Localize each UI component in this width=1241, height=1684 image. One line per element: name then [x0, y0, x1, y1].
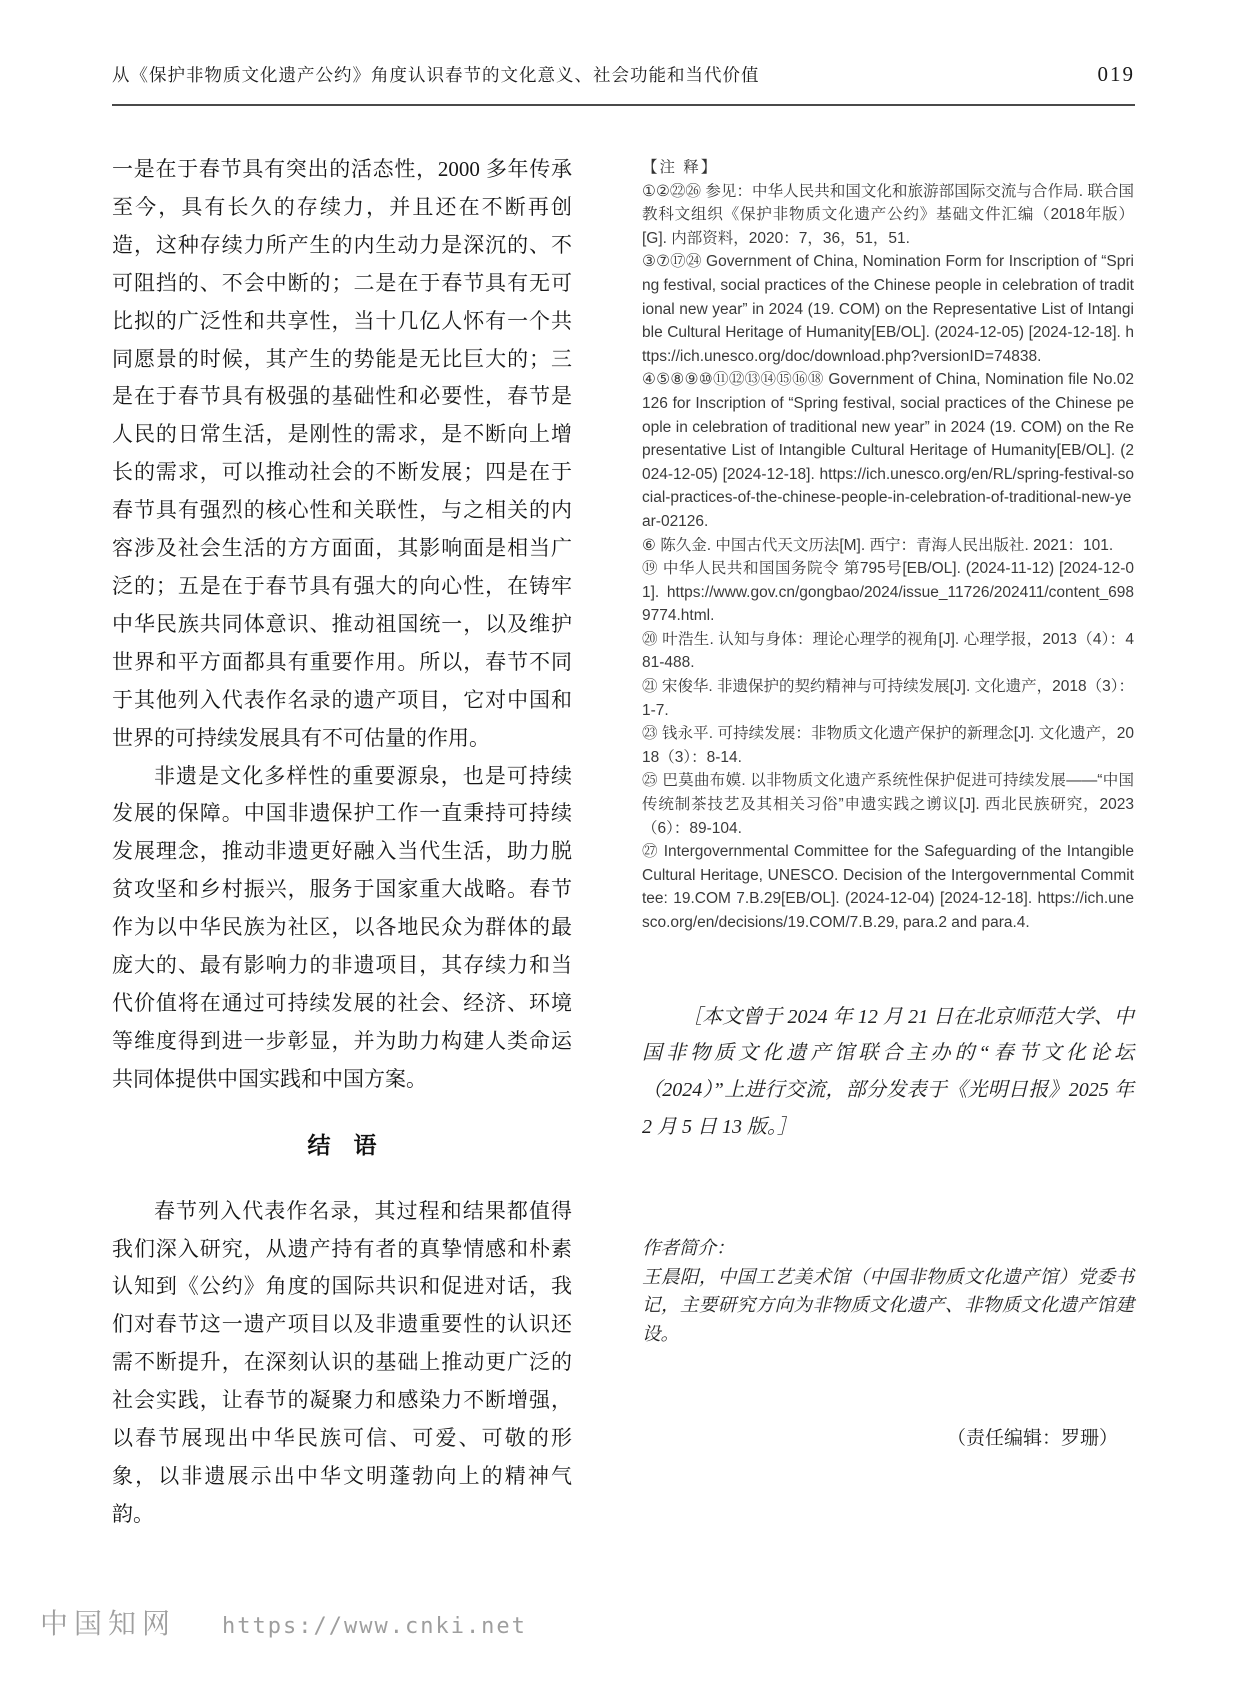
running-title: 从《保护非物质文化遗产公约》角度认识春节的文化意义、社会功能和当代价值 [112, 62, 760, 87]
body-paragraph: 春节列入代表作名录，其过程和结果都值得我们深入研究，从遗产持有者的真挚情感和朴素… [112, 1193, 572, 1534]
conference-presentation-note: ［本文曾于 2024 年 12 月 21 日在北京师范大学、中国非物质文化遗产馆… [642, 999, 1134, 1146]
note-item: ①②㉒㉖ 参见：中华人民共和国文化和旅游部国际交流与合作局. 联合国教科文组织《… [642, 180, 1134, 251]
right-column: 【注 释】 ①②㉒㉖ 参见：中华人民共和国文化和旅游部国际交流与合作局. 联合国… [642, 156, 1134, 1450]
author-bio-text: 王晨阳，中国工艺美术馆（中国非物质文化遗产馆）党委书记，主要研究方向为非物质文化… [642, 1268, 1134, 1345]
note-item: ㉕ 巴莫曲布嫫. 以非物质文化遗产系统性保护促进可持续发展——“中国传统制茶技艺… [642, 769, 1134, 840]
body-paragraph: 非遗是文化多样性的重要源泉，也是可持续发展的保障。中国非遗保护工作一直秉持可持续… [112, 758, 572, 1099]
notes-heading: 【注 释】 [642, 156, 1134, 180]
author-bio-label: 作者简介： [642, 1235, 1134, 1264]
note-item: ⑥ 陈久金. 中国古代天文历法[M]. 西宁：青海人民出版社. 2021：101… [642, 534, 1134, 558]
note-item: ㉑ 宋俊华. 非遗保护的契约精神与可持续发展[J]. 文化遗产，2018（3）：… [642, 675, 1134, 722]
responsible-editor-note: （责任编辑：罗珊） [642, 1423, 1134, 1450]
note-item: ㉗ Intergovernmental Committee for the Sa… [642, 840, 1134, 934]
note-item: ⑲ 中华人民共和国国务院令 第795号[EB/OL]. (2024-11-12)… [642, 557, 1134, 628]
cnki-watermark: 中国知网 https://www.cnki.net [40, 1602, 527, 1642]
journal-page: 从《保护非物质文化遗产公约》角度认识春节的文化意义、社会功能和当代价值 019 … [0, 0, 1241, 1684]
notes-section: 【注 释】 ①②㉒㉖ 参见：中华人民共和国文化和旅游部国际交流与合作局. 联合国… [642, 156, 1134, 935]
note-item: ㉓ 钱永平. 可持续发展：非物质文化遗产保护的新理念[J]. 文化遗产，2018… [642, 722, 1134, 769]
note-item: ③⑦⑰㉔ Government of China, Nomination For… [642, 250, 1134, 368]
header-divider [112, 104, 1135, 106]
body-paragraph: 一是在于春节具有突出的活态性，2000 多年传承至今，具有长久的存续力，并且还在… [112, 151, 572, 758]
left-column: 一是在于春节具有突出的活态性，2000 多年传承至今，具有长久的存续力，并且还在… [112, 151, 572, 1534]
page-header: 从《保护非物质文化遗产公约》角度认识春节的文化意义、社会功能和当代价值 019 [112, 62, 1135, 87]
note-item: ⑳ 叶浩生. 认知与身体：理论心理学的视角[J]. 心理学报，2013（4）：4… [642, 628, 1134, 675]
page-number: 019 [1098, 62, 1136, 87]
note-item: ④⑤⑧⑨⑩⑪⑫⑬⑭⑮⑯⑱ Government of China, Nomina… [642, 368, 1134, 533]
cnki-url: https://www.cnki.net [222, 1614, 527, 1639]
section-heading: 结 语 [112, 1126, 572, 1166]
author-bio: 作者简介： 王晨阳，中国工艺美术馆（中国非物质文化遗产馆）党委书记，主要研究方向… [642, 1235, 1134, 1349]
cnki-logo-text: 中国知网 [40, 1602, 176, 1642]
